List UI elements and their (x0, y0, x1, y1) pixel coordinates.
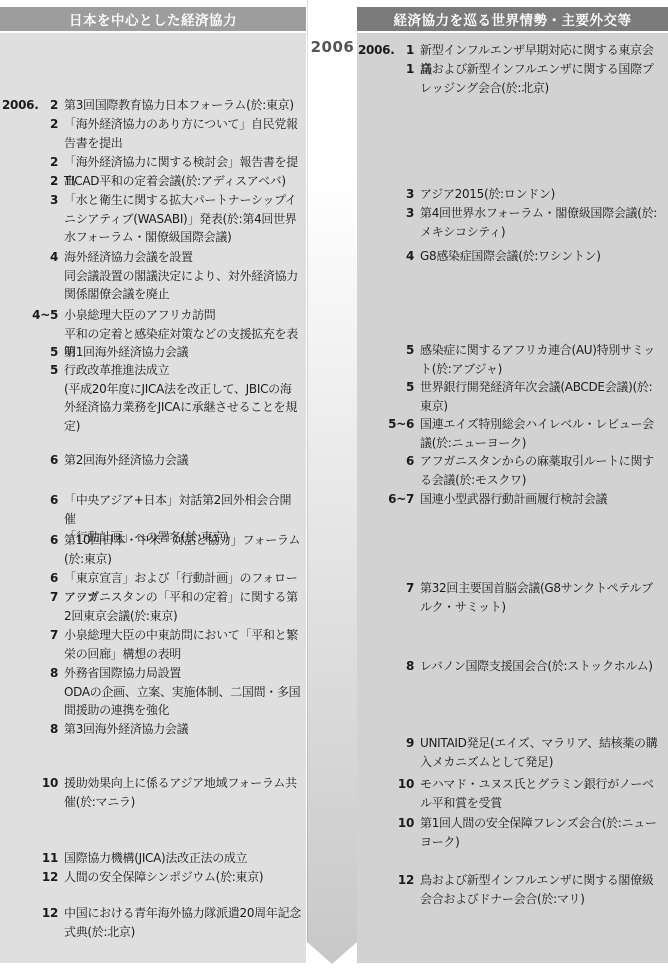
entry-text: 援助効果向上に係るアジア地域フォーラム共催(於:マニラ) (64, 774, 302, 811)
timeline-entry: 1鳥および新型インフルエンザに関する国際プレッジング会合(於:北京) (358, 60, 664, 97)
entry-text: 鳥および新型インフルエンザに関する閣僚級会合およびドナー会合(於:マリ) (420, 871, 664, 908)
entry-month: 5 (32, 343, 58, 362)
timeline-entry: 5感染症に関するアフリカ連合(AU)特別サミット(於:アブジャ) (358, 341, 664, 378)
timeline-entry: 12鳥および新型インフルエンザに関する閣僚級会合およびドナー会合(於:マリ) (358, 871, 664, 908)
timeline-entry: 9UNITAID発足(エイズ、マラリア、結核薬の購入メカニズムとして発足) (358, 734, 664, 771)
entry-text: 第32回主要国首脳会議(G8サンクトペテルブルク・サミット) (420, 579, 664, 616)
entry-text: 国連エイズ特別総会ハイレベル・レビュー会議(於:ニューヨーク) (420, 415, 664, 452)
timeline-entry: 5第1回海外経済協力会議 (2, 343, 302, 362)
entry-text: 第10回日本・中米「対話と協力」フォーラム(於:東京) (64, 531, 302, 568)
entry-text: 世界銀行開発経済年次会議(ABCDE会議)(於:東京) (420, 378, 664, 415)
entry-text: アフガニスタンからの麻薬取引ルートに関する会議(於:モスクワ) (420, 452, 664, 489)
timeline-entry: 5世界銀行開発経済年次会議(ABCDE会議)(於:東京) (358, 378, 664, 415)
left-column-header-label: 日本を中心とした経済協力 (69, 9, 237, 29)
right-column-header-label: 経済協力を巡る世界情勢・主要外交等 (394, 9, 632, 29)
entry-text: 第1回人間の安全保障フレンズ会合(於:ニューヨーク) (420, 814, 664, 851)
timeline-page: 日本を中心とした経済協力 経済協力を巡る世界情勢・主要外交等 2006 2006… (0, 0, 668, 971)
entry-text: アジア2015(於:ロンドン) (420, 185, 664, 204)
timeline-entry: 12人間の安全保障シンポジウム(於:東京) (2, 868, 302, 887)
entry-month: 11 (32, 849, 58, 868)
entry-text: 第1回海外経済協力会議 (64, 343, 302, 362)
entry-month: 6 (32, 569, 58, 588)
entry-month: 12 (32, 868, 58, 887)
entry-text: 鳥および新型インフルエンザに関する国際プレッジング会合(於:北京) (420, 60, 664, 97)
entry-month: 2 (32, 115, 58, 134)
entry-month: 12 (388, 871, 414, 890)
timeline-entry: 6第10回日本・中米「対話と協力」フォーラム(於:東京) (2, 531, 302, 568)
entry-month: 2 (32, 96, 58, 115)
entry-month: 3 (388, 204, 414, 223)
entry-month: 9 (388, 734, 414, 753)
entry-month: 5 (388, 341, 414, 360)
timeline-entry: 2TICAD平和の定着会議(於:アディスアベバ) (2, 172, 302, 191)
entry-month: 6 (32, 531, 58, 550)
entry-text: モハマド・ユヌス氏とグラミン銀行がノーベル平和賞を受賞 (420, 775, 664, 812)
entry-month: 7 (388, 579, 414, 598)
right-column-header: 経済協力を巡る世界情勢・主要外交等 (357, 7, 668, 31)
entry-month: 4 (32, 248, 58, 267)
timeline-entry: 4G8感染症国際会議(於:ワシントン) (358, 247, 664, 266)
entry-text: 第4回世界水フォーラム・閣僚級国際会議(於:メキシコシティ) (420, 204, 664, 241)
entry-text: アフガニスタンの「平和の定着」に関する第2回東京会議(於:東京) (64, 588, 302, 625)
entry-text: 中国における青年海外協力隊派遣20周年記念式典(於:北京) (64, 904, 302, 941)
entry-month: 1 (388, 60, 414, 79)
timeline-entry: 11国際協力機構(JICA)法改正法の成立 (2, 849, 302, 868)
timeline-entry: 5行政改革推進法成立 (平成20年度にJICA法を改正して、JBICの海外経済協… (2, 361, 302, 435)
entry-month: 7 (32, 626, 58, 645)
entry-text: 感染症に関するアフリカ連合(AU)特別サミット(於:アブジャ) (420, 341, 664, 378)
entry-year: 2006. (2, 96, 32, 115)
entry-month: 8 (32, 664, 58, 683)
timeline-entry: 6~7国連小型武器行動計画履行検討会議 (358, 490, 664, 509)
entry-month: 2 (32, 172, 58, 191)
entry-month: 10 (388, 775, 414, 794)
entry-month: 4 (388, 247, 414, 266)
entry-year: 2006. (358, 41, 388, 60)
timeline-entry: 3アジア2015(於:ロンドン) (358, 185, 664, 204)
entry-text: 小泉総理大臣の中東訪問において「平和と繁栄の回廊」構想の表明 (64, 626, 302, 663)
entry-month: 6 (32, 491, 58, 510)
timeline-entry: 7第32回主要国首脳会議(G8サンクトペテルブルク・サミット) (358, 579, 664, 616)
entry-text: 行政改革推進法成立 (平成20年度にJICA法を改正して、JBICの海外経済協力… (64, 361, 302, 435)
entry-text: 人間の安全保障シンポジウム(於:東京) (64, 868, 302, 887)
entry-text: 国際協力機構(JICA)法改正法の成立 (64, 849, 302, 868)
timeline-entry: 8第3回海外経済協力会議 (2, 720, 302, 739)
entry-text: レバノン国際支援国会合(於:ストックホルム) (420, 657, 664, 676)
entry-month: 2 (32, 153, 58, 172)
entry-month: 5 (388, 378, 414, 397)
entry-month: 3 (388, 185, 414, 204)
entry-text: 第3回国際教育協力日本フォーラム(於:東京) (64, 96, 302, 115)
entry-month: 4~5 (32, 306, 58, 325)
timeline-entry: 7小泉総理大臣の中東訪問において「平和と繁栄の回廊」構想の表明 (2, 626, 302, 663)
timeline-entry: 6アフガニスタンからの麻薬取引ルートに関する会議(於:モスクワ) (358, 452, 664, 489)
entry-text: 国連小型武器行動計画履行検討会議 (420, 490, 664, 509)
entry-month: 12 (32, 904, 58, 923)
timeline-entry: 5~6国連エイズ特別総会ハイレベル・レビュー会議(於:ニューヨーク) (358, 415, 664, 452)
entry-month: 6~7 (388, 490, 414, 509)
entry-text: 第3回海外経済協力会議 (64, 720, 302, 739)
timeline-entry: 2「海外経済協力のあり方について」自民党報告書を提出 (2, 115, 302, 152)
entry-text: UNITAID発足(エイズ、マラリア、結核薬の購入メカニズムとして発足) (420, 734, 664, 771)
timeline-entry: 12中国における青年海外協力隊派遣20周年記念式典(於:北京) (2, 904, 302, 941)
entry-text: G8感染症国際会議(於:ワシントン) (420, 247, 664, 266)
timeline-entry: 10援助効果向上に係るアジア地域フォーラム共催(於:マニラ) (2, 774, 302, 811)
timeline-entry: 7アフガニスタンの「平和の定着」に関する第2回東京会議(於:東京) (2, 588, 302, 625)
entry-month: 6 (388, 452, 414, 471)
entry-month: 5~6 (388, 415, 414, 434)
entry-month: 1 (388, 41, 414, 60)
timeline-entry: 8レバノン国際支援国会合(於:ストックホルム) (358, 657, 664, 676)
timeline-entry: 3「水と衛生に関する拡大パートナーシップイニシアティブ(WASABI)」発表(於… (2, 191, 302, 247)
timeline-entry: 6第2回海外経済協力会議 (2, 451, 302, 470)
entry-text: 第2回海外経済協力会議 (64, 451, 302, 470)
entry-month: 7 (32, 588, 58, 607)
timeline-entry: 10モハマド・ユヌス氏とグラミン銀行がノーベル平和賞を受賞 (358, 775, 664, 812)
entry-month: 5 (32, 361, 58, 380)
timeline-entry: 4海外経済協力会議を設置 同会議設置の閣議決定により、対外経済協力関係閣僚会議を… (2, 248, 302, 304)
timeline-entry: 3第4回世界水フォーラム・閣僚級国際会議(於:メキシコシティ) (358, 204, 664, 241)
year-label: 2006 (308, 38, 357, 56)
entry-text: TICAD平和の定着会議(於:アディスアベバ) (64, 172, 302, 191)
timeline-entry: 10第1回人間の安全保障フレンズ会合(於:ニューヨーク) (358, 814, 664, 851)
entry-text: 外務省国際協力局設置 ODAの企画、立案、実施体制、二国間・多国間援助の連携を強… (64, 664, 302, 720)
left-column-header: 日本を中心とした経済協力 (0, 7, 306, 31)
entry-month: 6 (32, 451, 58, 470)
timeline-entry: 8外務省国際協力局設置 ODAの企画、立案、実施体制、二国間・多国間援助の連携を… (2, 664, 302, 720)
entry-month: 8 (32, 720, 58, 739)
entry-month: 10 (32, 774, 58, 793)
timeline-entry: 2006.2第3回国際教育協力日本フォーラム(於:東京) (2, 96, 302, 115)
entry-text: 「水と衛生に関する拡大パートナーシップイニシアティブ(WASABI)」発表(於:… (64, 191, 302, 247)
entry-month: 3 (32, 191, 58, 210)
entry-month: 10 (388, 814, 414, 833)
entry-text: 海外経済協力会議を設置 同会議設置の閣議決定により、対外経済協力関係閣僚会議を廃… (64, 248, 302, 304)
timeline-year-bar-arrow: 2006 (307, 0, 357, 964)
entry-text: 「海外経済協力のあり方について」自民党報告書を提出 (64, 115, 302, 152)
entry-month: 8 (388, 657, 414, 676)
